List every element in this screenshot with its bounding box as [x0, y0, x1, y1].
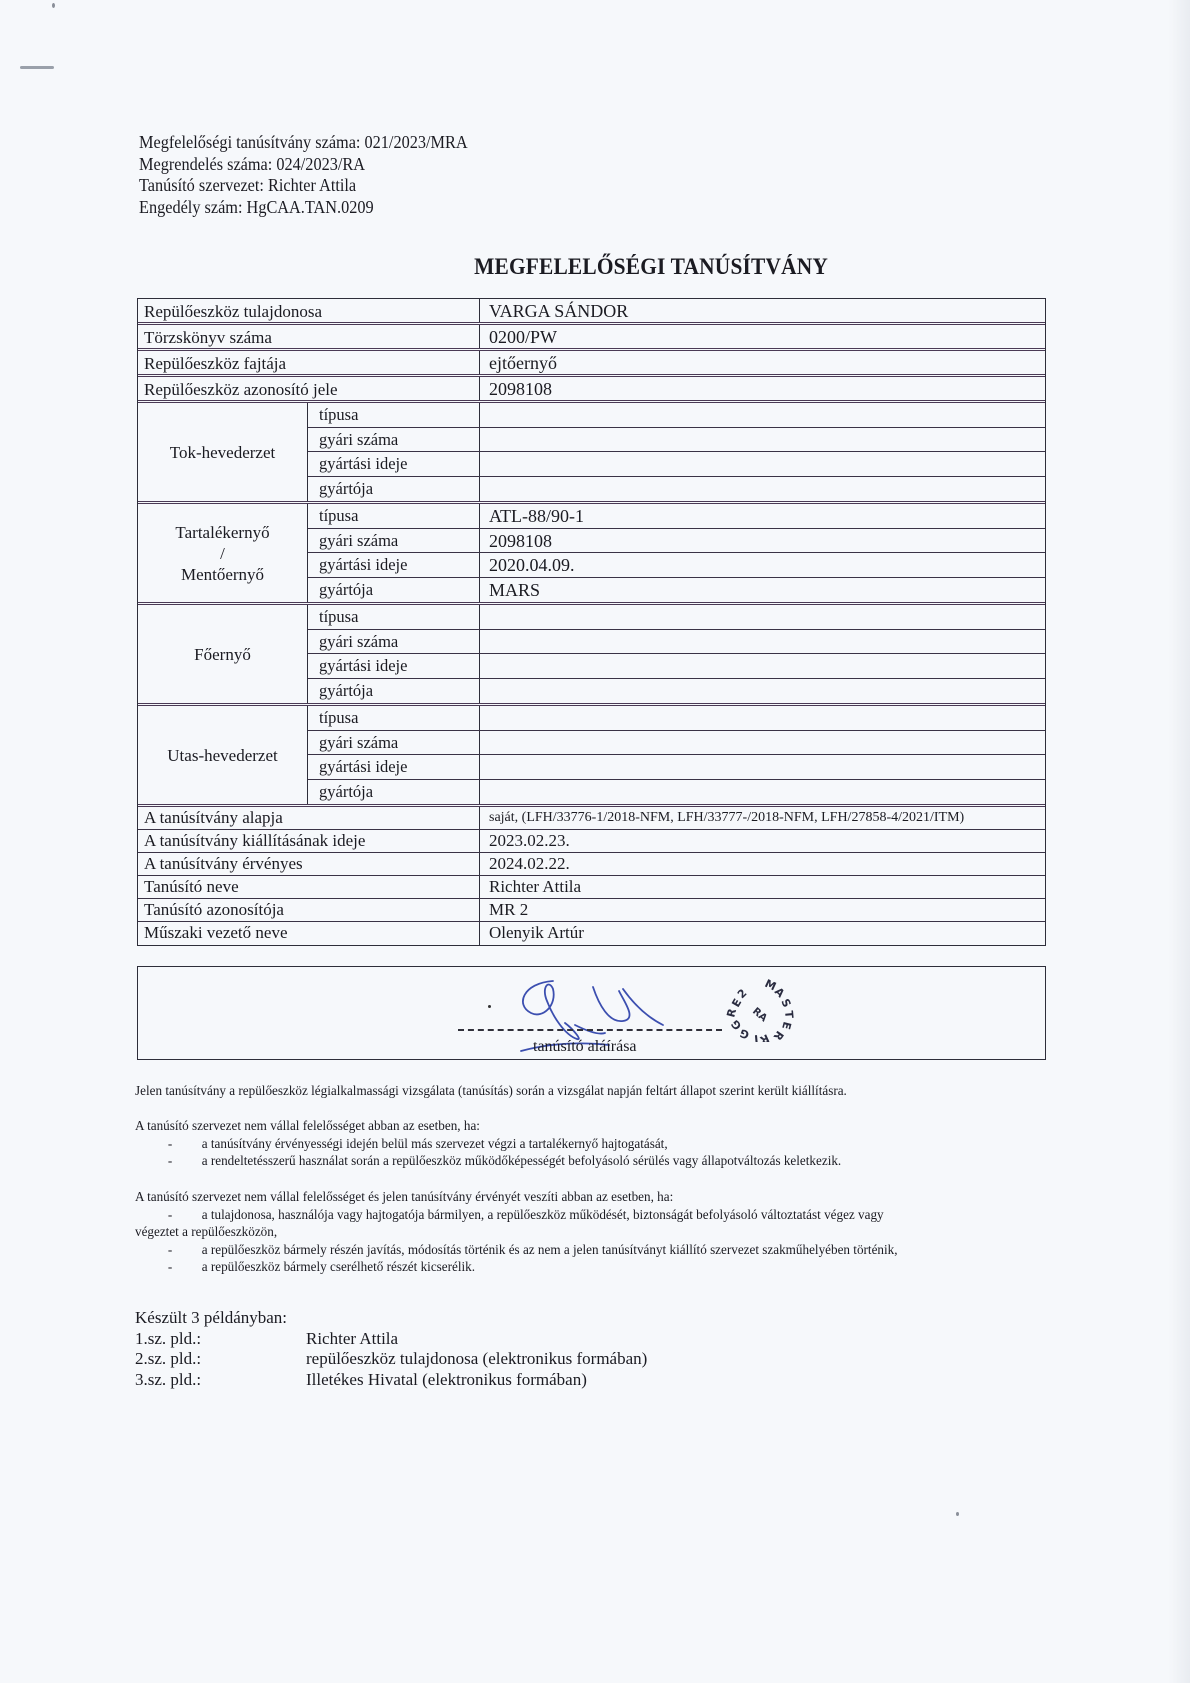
signature-line: [458, 1029, 722, 1031]
order-number: Megrendelés száma: 024/2023/RA: [139, 154, 468, 176]
row-label: A tanúsítvány érvényes: [138, 853, 480, 875]
sub-label: típusa: [308, 504, 480, 528]
svg-text:R: R: [770, 1028, 786, 1042]
svg-text:R: R: [758, 1031, 772, 1042]
table-row: Tanúsító neve Richter Attila: [138, 876, 1045, 899]
row-label: Műszaki vezető neve: [138, 922, 480, 945]
row-value: Richter Attila: [480, 876, 1045, 898]
table-row: gyártási ideje: [308, 654, 1045, 679]
table-row: gyártási ideje: [308, 755, 1045, 780]
signature-box: M A S T E R R E 2 R I G G RA tanúsító al…: [137, 966, 1046, 1060]
sub-label: típusa: [308, 605, 480, 629]
row-value: 2023.02.23.: [480, 830, 1045, 852]
row-label: Repülőeszköz tulajdonosa: [138, 299, 480, 322]
bullet-dash: -: [135, 1259, 202, 1277]
sub-label: típusa: [308, 706, 480, 730]
sub-value: [480, 706, 1045, 730]
row-label: Repülőeszköz fajtája: [138, 351, 480, 374]
group-name: Tartalékernyő / Mentőernyő: [138, 504, 308, 602]
group-name: Tok-hevederzet: [138, 403, 308, 501]
sub-value: [480, 477, 1045, 502]
sub-label: gyártási ideje: [308, 452, 480, 476]
liability-note-2: A tanúsító szervezet nem vállal felelőss…: [135, 1189, 946, 1277]
intro-text: Jelen tanúsítvány a repülőeszköz légialk…: [135, 1083, 847, 1101]
certifying-organization: Tanúsító szervezet: Richter Attila: [139, 175, 468, 197]
sub-value: 2020.04.09.: [480, 553, 1045, 577]
table-row: Repülőeszköz tulajdonosa VARGA SÁNDOR: [138, 299, 1045, 325]
table-row: gyártási ideje2020.04.09.: [308, 553, 1045, 578]
row-value: Olenyik Artúr: [480, 922, 1045, 945]
table-row: Repülőeszköz fajtája ejtőernyő: [138, 351, 1045, 377]
sub-label: gyártója: [308, 477, 480, 502]
table-row: A tanúsítvány érvényes 2024.02.22.: [138, 853, 1045, 876]
scan-speck: [956, 1512, 959, 1516]
sub-label: gyártási ideje: [308, 654, 480, 678]
row-value: saját, (LFH/33776-1/2018-NFM, LFH/33777-…: [480, 807, 1045, 829]
group-name: Főernyő: [138, 605, 308, 703]
copy-number: 2.sz. pld.:: [135, 1349, 306, 1370]
row-value: 0200/PW: [480, 325, 1045, 348]
svg-text:RA: RA: [750, 1006, 769, 1025]
copies-heading: Készült 3 példányban:: [135, 1308, 647, 1329]
sub-value: [480, 452, 1045, 476]
sub-label: gyártási ideje: [308, 553, 480, 577]
sub-label: gyári száma: [308, 428, 480, 452]
bullet-dash: -: [135, 1153, 202, 1171]
sub-label: gyártója: [308, 679, 480, 704]
group-name-line: Mentőernyő: [175, 564, 269, 585]
certificate-number: Megfelelőségi tanúsítvány száma: 021/202…: [139, 132, 468, 154]
component-group-passenger-harness: Utas-hevederzet típusa gyári száma gyárt…: [138, 706, 1045, 807]
list-item-continuation: végeztet a repülőeszközön,: [135, 1224, 898, 1242]
sub-label: gyártója: [308, 780, 480, 805]
table-row: Törzskönyv száma 0200/PW: [138, 325, 1045, 351]
sub-label: gyári száma: [308, 630, 480, 654]
row-value: 2098108: [480, 377, 1045, 400]
table-row: gyártójaMARS: [308, 578, 1045, 603]
scan-edge-shadow: [1168, 0, 1190, 1683]
table-row: típusaATL-88/90-1: [308, 504, 1045, 529]
table-row: Tanúsító azonosítója MR 2: [138, 899, 1045, 922]
table-row: gyári száma: [308, 731, 1045, 756]
list-item: - a tulajdonosa, használója vagy hajtoga…: [135, 1207, 898, 1225]
bullet-dash: -: [135, 1242, 202, 1260]
list-item: - a rendeltetésszerű használat során a r…: [135, 1153, 841, 1171]
document-title-wrap: MEGFELELŐSÉGI TANÚSÍTVÁNY: [0, 254, 1190, 280]
table-row: Repülőeszköz azonosító jele 2098108: [138, 377, 1045, 403]
copy-row: 1.sz. pld.: Richter Attila: [135, 1329, 647, 1350]
document-title: MEGFELELŐSÉGI TANÚSÍTVÁNY: [362, 254, 828, 280]
sub-value: [480, 428, 1045, 452]
list-item: - a repülőeszköz bármely cserélhető rész…: [135, 1259, 898, 1277]
license-number: Engedély szám: HgCAA.TAN.0209: [139, 197, 468, 219]
scan-speck: [20, 66, 54, 69]
bullet-dash: -: [135, 1136, 202, 1154]
sub-value: [480, 654, 1045, 678]
copy-row: 3.sz. pld.: Illetékes Hivatal (elektroni…: [135, 1370, 647, 1391]
list-item-text: a rendeltetésszerű használat során a rep…: [202, 1153, 841, 1171]
sub-label: gyári száma: [308, 731, 480, 755]
master-rigger-stamp-icon: M A S T E R R E 2 R I G G RA: [720, 972, 800, 1042]
copy-row: 2.sz. pld.: repülőeszköz tulajdonosa (el…: [135, 1349, 647, 1370]
sub-value: [480, 403, 1045, 427]
table-row: típusa: [308, 706, 1045, 731]
liability-heading: A tanúsító szervezet nem vállal felelőss…: [135, 1118, 841, 1136]
row-label: Repülőeszköz azonosító jele: [138, 377, 480, 400]
table-row: A tanúsítvány kiállításának ideje 2023.0…: [138, 830, 1045, 853]
group-name: Utas-hevederzet: [138, 706, 308, 804]
bullet-dash: -: [135, 1207, 202, 1225]
sub-label: típusa: [308, 403, 480, 427]
row-label: A tanúsítvány kiállításának ideje: [138, 830, 480, 852]
sub-value: [480, 630, 1045, 654]
group-name-line: Tartalékernyő: [175, 522, 269, 543]
group-name-line: /: [175, 543, 269, 564]
component-group-reserve: Tartalékernyő / Mentőernyő típusaATL-88/…: [138, 504, 1045, 605]
svg-text:I: I: [754, 1032, 759, 1042]
scan-speck: [52, 3, 55, 8]
sub-label: gyári száma: [308, 529, 480, 553]
table-row: típusa: [308, 605, 1045, 630]
list-item-text: a repülőeszköz bármely részén javítás, m…: [202, 1242, 898, 1260]
list-item-text: a tanúsítvány érvényességi idején belül …: [202, 1136, 841, 1154]
table-row: gyári száma: [308, 428, 1045, 453]
row-value: VARGA SÁNDOR: [480, 299, 1045, 322]
table-row: gyári száma2098108: [308, 529, 1045, 554]
svg-text:S: S: [778, 997, 793, 1010]
sub-value: 2098108: [480, 529, 1045, 553]
sub-label: gyártási ideje: [308, 755, 480, 779]
row-value: ejtőernyő: [480, 351, 1045, 374]
sub-value: [480, 605, 1045, 629]
svg-text:T: T: [782, 1010, 796, 1019]
table-row: gyártója: [308, 679, 1045, 704]
sub-value: [480, 755, 1045, 779]
sub-value: [480, 679, 1045, 704]
table-row: gyártási ideje: [308, 452, 1045, 477]
component-group-harness: Tok-hevederzet típusa gyári száma gyártá…: [138, 403, 1045, 504]
svg-text:E: E: [779, 1020, 794, 1031]
table-row: Műszaki vezető neve Olenyik Artúr: [138, 922, 1045, 945]
intro-note: Jelen tanúsítvány a repülőeszköz légialk…: [135, 1083, 892, 1101]
liability-note-1: A tanúsító szervezet nem vállal felelőss…: [135, 1118, 886, 1171]
liability-heading: A tanúsító szervezet nem vállal felelőss…: [135, 1189, 898, 1207]
table-row: gyári száma: [308, 630, 1045, 655]
copy-number: 3.sz. pld.:: [135, 1370, 306, 1391]
list-item: - a repülőeszköz bármely részén javítás,…: [135, 1242, 898, 1260]
ink-dot: [488, 1005, 491, 1008]
table-row: típusa: [308, 403, 1045, 428]
sub-value: ATL-88/90-1: [480, 504, 1045, 528]
list-item-text: a repülőeszköz bármely cserélhető részét…: [202, 1259, 898, 1277]
copies-section: Készült 3 példányban: 1.sz. pld.: Richte…: [135, 1308, 647, 1390]
table-row: gyártója: [308, 477, 1045, 502]
copy-recipient: repülőeszköz tulajdonosa (elektronikus f…: [306, 1349, 647, 1370]
copy-recipient: Illetékes Hivatal (elektronikus formában…: [306, 1370, 587, 1391]
certificate-table: Repülőeszköz tulajdonosa VARGA SÁNDOR Tö…: [137, 298, 1046, 946]
table-row: A tanúsítvány alapja saját, (LFH/33776-1…: [138, 807, 1045, 830]
signature-label: tanúsító aláírása: [533, 1038, 637, 1056]
row-label: Tanúsító azonosítója: [138, 899, 480, 921]
row-value: 2024.02.22.: [480, 853, 1045, 875]
sub-value: [480, 731, 1045, 755]
table-row: gyártója: [308, 780, 1045, 805]
row-value: MR 2: [480, 899, 1045, 921]
component-group-main-canopy: Főernyő típusa gyári száma gyártási idej…: [138, 605, 1045, 706]
sub-value: [480, 780, 1045, 805]
row-label: Törzskönyv száma: [138, 325, 480, 348]
copy-recipient: Richter Attila: [306, 1329, 398, 1350]
row-label: A tanúsítvány alapja: [138, 807, 480, 829]
sub-label: gyártója: [308, 578, 480, 603]
list-item-text: a tulajdonosa, használója vagy hajtogató…: [202, 1207, 898, 1225]
copy-number: 1.sz. pld.:: [135, 1329, 306, 1350]
certificate-header: Megfelelőségi tanúsítvány száma: 021/202…: [139, 132, 492, 218]
list-item: - a tanúsítvány érvényességi idején belü…: [135, 1136, 841, 1154]
row-label: Tanúsító neve: [138, 876, 480, 898]
sub-value: MARS: [480, 578, 1045, 603]
